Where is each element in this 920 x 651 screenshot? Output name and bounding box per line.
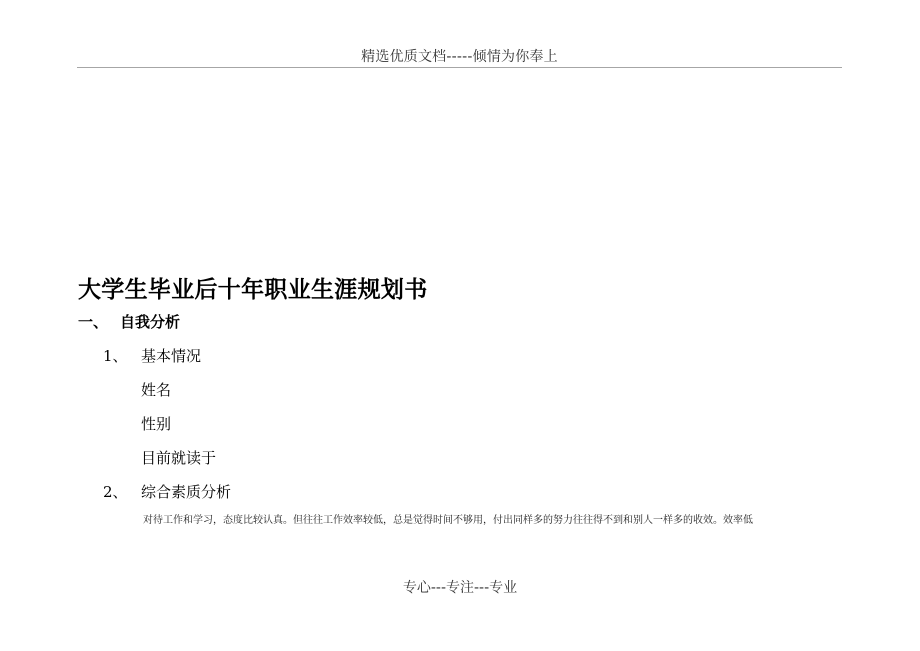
page-footer: 专心---专注---专业 — [0, 577, 920, 597]
subsection-label: 综合素质分析 — [141, 483, 231, 501]
subsection-number: 2、 — [103, 481, 141, 502]
subsection-basic-info: 1、基本情况 — [103, 345, 201, 366]
section-label: 自我分析 — [120, 313, 180, 331]
section-heading-self-analysis: 一、自我分析 — [78, 311, 180, 332]
field-name: 姓名 — [141, 379, 171, 400]
field-current-school: 目前就读于 — [141, 447, 216, 468]
subsection-quality-analysis: 2、综合素质分析 — [103, 481, 231, 502]
field-gender: 性别 — [141, 413, 171, 434]
subsection-number: 1、 — [103, 345, 141, 366]
section-number: 一、 — [78, 311, 120, 332]
page-header: 精选优质文档-----倾情为你奉上 — [77, 44, 842, 68]
body-paragraph: 对待工作和学习，态度比较认真。但往往工作效率较低，总是觉得时间不够用，付出同样多… — [78, 511, 843, 530]
document-title: 大学生毕业后十年职业生涯规划书 — [78, 271, 428, 304]
subsection-label: 基本情况 — [141, 347, 201, 365]
header-text: 精选优质文档-----倾情为你奉上 — [77, 46, 842, 66]
